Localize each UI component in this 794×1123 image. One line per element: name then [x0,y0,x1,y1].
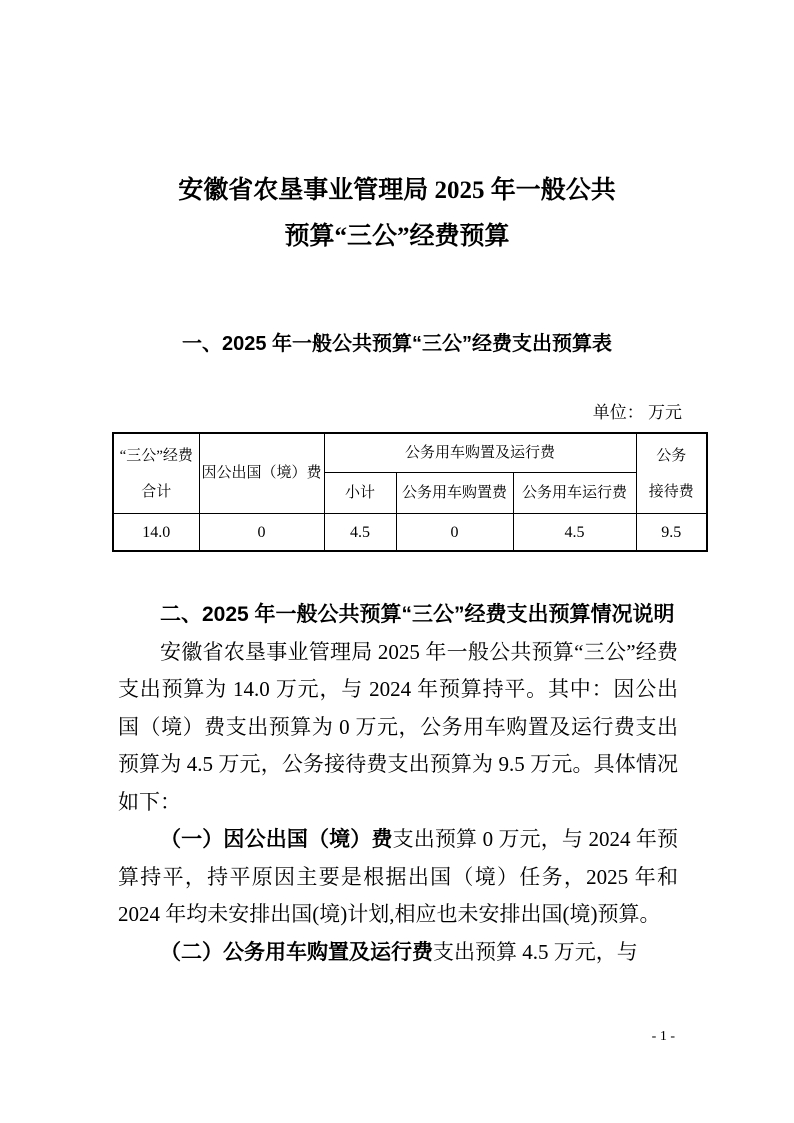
section2-heading: 二、2025 年一般公共预算“三公”经费支出预算情况说明 [118,596,678,634]
table-header-reception-line2: 接待费 [637,474,707,510]
table-header-total: “三公”经费 合计 [113,433,199,514]
table-header-vehicle-purchase: 公务用车购置费 [396,473,513,514]
table-value-vehicle-operation: 4.5 [513,514,636,552]
table-value-total: 14.0 [113,514,199,552]
table-value-vehicle-purchase: 0 [396,514,513,552]
three-public-budget-table: “三公”经费 合计 因公出国（境）费 公务用车购置及运行费 公务 接待费 小计 … [112,432,708,552]
page-number: - 1 - [652,1028,675,1046]
document-title-line1: 安徽省农垦事业管理局 2025 年一般公共 [0,168,794,214]
section2-paragraph-abroad-lead: （一）因公出国（境）费 [160,828,393,851]
unit-note: 单位： 万元 [112,402,706,424]
section2-body: 二、2025 年一般公共预算“三公”经费支出预算情况说明 安徽省农垦事业管理局 … [118,596,678,971]
table-header-vehicle-operation: 公务用车运行费 [513,473,636,514]
section2-paragraph-overview-text: 安徽省农垦事业管理局 2025 年一般公共预算“三公”经费支出预算为 14.0 … [118,640,678,814]
table-header-vehicle-group: 公务用车购置及运行费 [324,433,636,473]
table-header-abroad: 因公出国（境）费 [199,433,324,514]
table-header-total-line1: “三公”经费 [114,438,199,474]
table-row: 14.0 0 4.5 0 4.5 9.5 [113,514,707,552]
table-value-vehicle-subtotal: 4.5 [324,514,396,552]
section2-paragraph-abroad: （一）因公出国（境）费支出预算 0 万元，与 2024 年预算持平，持平原因主要… [118,821,678,934]
section2-paragraph-vehicle-text: 支出预算 4.5 万元，与 [433,940,638,964]
document-title: 安徽省农垦事业管理局 2025 年一般公共 预算“三公”经费预算 [0,0,794,260]
document-page: 安徽省农垦事业管理局 2025 年一般公共 预算“三公”经费预算 一、2025 … [0,0,794,1123]
table-header-total-line2: 合计 [114,474,199,510]
section1-heading: 一、2025 年一般公共预算“三公”经费支出预算表 [0,330,794,358]
section2-paragraph-vehicle: （二）公务用车购置及运行费支出预算 4.5 万元，与 [118,934,678,972]
table-header-reception: 公务 接待费 [636,433,707,514]
table-value-abroad: 0 [199,514,324,552]
document-title-line2: 预算“三公”经费预算 [0,214,794,260]
section2-paragraph-overview: 安徽省农垦事业管理局 2025 年一般公共预算“三公”经费支出预算为 14.0 … [118,634,678,822]
table-header-reception-line1: 公务 [637,438,707,474]
section2-paragraph-vehicle-lead: （二）公务用车购置及运行费 [160,941,433,964]
table-header-vehicle-subtotal: 小计 [324,473,396,514]
table-value-reception: 9.5 [636,514,707,552]
